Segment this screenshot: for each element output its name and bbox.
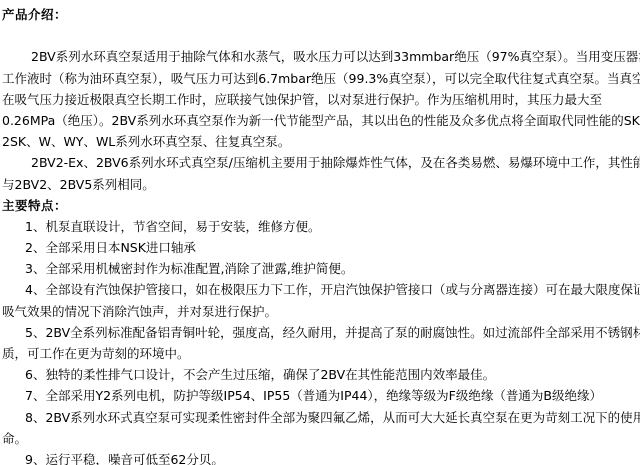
- feature-item-5: 5、2BV全系列标准配备铝青铜叶轮，强度高，经久耐用，并提高了泵的耐腐蚀性。如过…: [2, 322, 638, 343]
- feature-item-4: 4、全部设有汽蚀保护管接口，如在极限压力下工作，开启汽蚀保护管接口（或与分离器连…: [2, 279, 638, 300]
- intro-paragraph-1-line: 2BV系列水环真空泵适用于抽除气体和水蒸气，吸水压力可以达到33mmbar绝压（…: [2, 46, 638, 67]
- intro-paragraph-2-line: 2BV2-Ex、2BV6系列水环式真空泵/压缩机主要用于抽除爆炸性气体，及在各类…: [2, 152, 638, 173]
- intro-paragraph-1-line: 2SK、W、WY、WL系列水环真空泵、往复真空泵。: [2, 131, 638, 152]
- blank-line: [2, 25, 638, 46]
- feature-item-7: 7、全部采用Y2系列电机，防护等级IP54、IP55（普通为IP44），绝缘等级…: [2, 385, 638, 406]
- feature-item-5-continued: 质，可工作在更为苛刻的环境中。: [2, 343, 638, 364]
- feature-item-6: 6、独特的柔性排气口设计，不会产生过压缩，确保了2BV在其性能范围内效率最佳。: [2, 364, 638, 385]
- feature-item-3: 3、全部采用机械密封作为标准配置,消除了泄露,维护简便。: [2, 258, 638, 279]
- section-title-main-features: 主要特点：: [2, 195, 638, 216]
- section-title-product-intro: 产品介绍：: [2, 4, 638, 25]
- intro-paragraph-1-line: 工作液时（称为油环真空泵），吸气压力可达到6.7mbar绝压（99.3%真空泵）…: [2, 68, 638, 89]
- product-description-page: 产品介绍： 2BV系列水环真空泵适用于抽除气体和水蒸气，吸水压力可以达到33mm…: [0, 0, 640, 465]
- feature-item-2: 2、全部采用日本NSK进口轴承: [2, 237, 638, 258]
- feature-item-1: 1、机泵直联设计，节省空间，易于安装，维修方便。: [2, 216, 638, 237]
- feature-item-8-continued: 命。: [2, 428, 638, 449]
- feature-item-8: 8、2BV系列水环式真空泵可实现柔性密封件全部为聚四氟乙烯，从而可大大延长真空泵…: [2, 407, 638, 428]
- feature-item-9: 9、运行平稳，噪音可低至62分贝。: [2, 449, 638, 465]
- intro-paragraph-2-line: 与2BV2、2BV5系列相同。: [2, 174, 638, 195]
- feature-item-4-continued: 吸气效果的情况下消除汽蚀声，并对泵进行保护。: [2, 301, 638, 322]
- intro-paragraph-1-line: 0.26MPa（绝压）。2BV系列水环真空泵作为新一代节能型产品，其以出色的性能…: [2, 110, 638, 131]
- intro-paragraph-1-line: 在吸气压力接近极限真空长期工作时，应联接气蚀保护管，以对泵进行保护。作为压缩机用…: [2, 89, 638, 110]
